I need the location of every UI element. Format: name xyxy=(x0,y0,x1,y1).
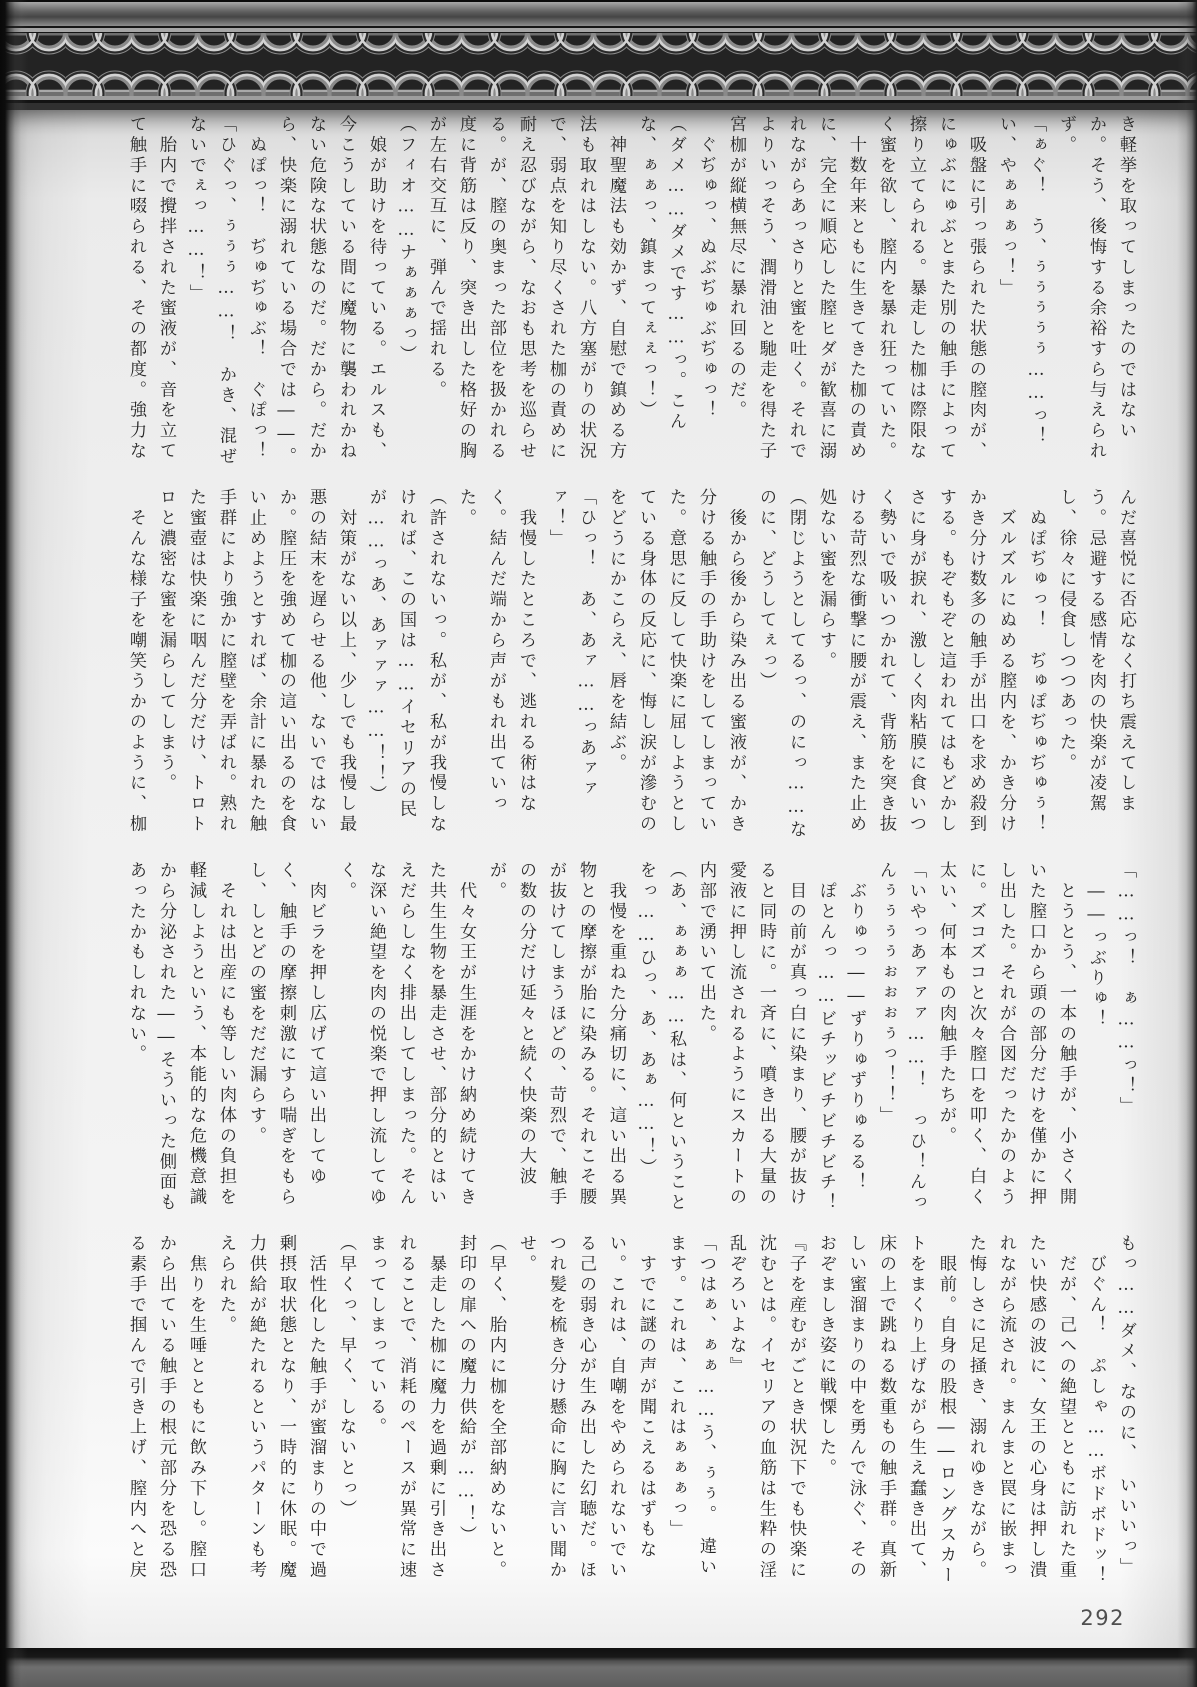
paragraph: 「ひっ！ あ、あァ……っあァァァ！」 xyxy=(541,488,601,842)
paragraph: 十数年来ともに生きてきた枷の責めに、完全に順応した膣ヒダが歓喜に溺れながらあっさ… xyxy=(721,115,871,469)
paragraph: 神聖魔法も効かず、自慰で鎮める方法も取れはしない。八方塞がりの状況で、弱点を知り… xyxy=(421,115,631,469)
paragraph: ――っぶりゅ！ xyxy=(1081,861,1111,1215)
paragraph: 「……っ！ ぁ……っ！」 xyxy=(1111,861,1141,1215)
paragraph: 焦りを生唾とともに飲み下し。膣口から出ている触手の根元部分を恐る恐る素手で掴んで… xyxy=(118,1234,211,1588)
book-bottom-edge xyxy=(0,1648,1197,1687)
paragraph: （早く、胎内に枷を全部納めないと。封印の扉への魔力供給が……！） xyxy=(451,1234,511,1588)
paragraph: （許されないっ。私が、私が我慢しなければ、この国は……イセリアの民が……っあ、あ… xyxy=(361,488,451,842)
paragraph: 我慢したところで、逃れる術はなく。結んだ端から声がもれ出ていった。 xyxy=(451,488,541,842)
paragraph: 胎内で攪拌された蜜液が、音を立てて触手に啜られる、その都度。強力な吸盤に引っ張ら… xyxy=(118,115,181,469)
text-band-4: もっ……ダメ、なのに、 いいいっ」 びぐん！ ぷしゃ……ボドボドッ！ だが、己へ… xyxy=(118,1234,1141,1588)
paragraph: 「いやっあァァァ……！ っひ！んっんぅぅぅぅぉぉぉぅっ！！」 xyxy=(871,861,931,1215)
paragraph: とうとう、一本の触手が、小さく開いた膣口から頭の部分だけを僅かに押し出した。それ… xyxy=(931,861,1081,1215)
paragraph: （閉じようとしてるっ、のにっ……なのに、どうしてぇっ） xyxy=(751,488,811,842)
page-number: 292 xyxy=(1080,1606,1125,1630)
paragraph: そんな様子を嘲笑うかのように、枷は胎動と蠕動をひっきりなしに繰り返し、膣口の開閉… xyxy=(118,488,151,842)
paragraph: 暴走した枷に魔力を過剰に引き出されることで、消耗のペースが異常に速まってしまって… xyxy=(361,1234,451,1588)
book-page: き軽挙を取ってしまったのではないか。そう、後悔する余裕すら与えられず。「ぁぐ！ … xyxy=(0,0,1197,1687)
paper-surface: き軽挙を取ってしまったのではないか。そう、後悔する余裕すら与えられず。「ぁぐ！ … xyxy=(0,110,1197,1648)
paragraph: 娘が助けを待っている。エルスも、今こうしている間に魔物に襲われかねない危険な状態… xyxy=(271,115,391,469)
paragraph: 後から後から染み出る蜜液が、かき分ける触手の手助けをしてしまっていた。意思に反し… xyxy=(601,488,751,842)
text-band-2: んだ喜悦に否応なく打ち震えてしまう。忌避する感情を肉の快楽が凌駕し、徐々に侵食し… xyxy=(118,488,1141,842)
paragraph: ぽとんっ……ビチッビチビチビチ！ xyxy=(811,861,841,1215)
paragraph: だが、己への絶望とともに訪れた重たい快感の波に、女王の心身は押し潰れながら流され… xyxy=(961,1234,1081,1588)
paragraph: ズルズルにぬめる膣内を、かき分けかき分け数多の触手が出口を求め殺到する。もぞもぞ… xyxy=(811,488,1021,842)
paragraph: 「つはぁ、ぁぁ……う、ぅぅ。 違います。これは、これはぁぁぁっ」 xyxy=(661,1234,721,1588)
paragraph: 目の前が真っ白に染まり、腰が抜けると同時に。一斉に、噴き出る大量の愛液に押し流さ… xyxy=(691,861,811,1215)
paragraph: 吸盤に引っ張られた状態の膣肉が、にゅぶにゅぶとまた別の触手によって擦り立てられる… xyxy=(871,115,991,469)
paragraph: すでに謎の声が聞こえるはずもない。これは、自嘲をやめられないでいる己の弱き心が生… xyxy=(511,1234,661,1588)
paragraph: 肉ビラを押し広げて這い出してゆく、触手の摩擦刺激にすら喘ぎをもらし、しとどの蜜を… xyxy=(241,861,331,1215)
paragraph: ぶりゅっ――ずりゅずりゅるる！ xyxy=(841,861,871,1215)
paragraph: ぬぽっ！ ぢゅぢゅぶ！ ぐぽっ！ xyxy=(241,115,271,469)
paragraph: き軽挙を取ってしまったのではないか。そう、後悔する余裕すら与えられず。 xyxy=(1051,115,1141,469)
paragraph: 「ぁぐ！ う、ぅぅぅぅぅ……っ！ い、やぁぁぁっ！」 xyxy=(991,115,1051,469)
paragraph: もっ……ダメ、なのに、 いいいっ」 xyxy=(1111,1234,1141,1588)
paragraph: 「ひぐっ、ぅぅぅ……！ かき、混ぜないでぇっ……！」 xyxy=(181,115,241,469)
paragraph: んだ喜悦に否応なく打ち震えてしまう。忌避する感情を肉の快楽が凌駕し、徐々に侵食し… xyxy=(1051,488,1141,842)
paragraph: （ダメ……ダメです……っ。こんな、ぁぁっ、鎮まってぇぇっ！） xyxy=(631,115,691,469)
text-band-1: き軽挙を取ってしまったのではないか。そう、後悔する余裕すら与えられず。「ぁぐ！ … xyxy=(118,115,1141,469)
paragraph: 『子を産むがごとき状況下でも快楽に沈むとは。イセリアの血筋は生粋の淫乱ぞろいよな… xyxy=(721,1234,811,1588)
celtic-knot-border xyxy=(0,0,1197,110)
paragraph: 活性化した触手が蜜溜まりの中で過剰摂取状態となり、一時的に休眠。魔力供給が絶たれ… xyxy=(211,1234,331,1588)
paragraph: （早くっ、早く、しないとっ） xyxy=(331,1234,361,1588)
paragraph: （あ、ぁぁぁ……私は、何ということをっ……ひっ、あ、あぁ……！） xyxy=(631,861,691,1215)
knot-pattern-icon xyxy=(0,0,1197,110)
paragraph: それは出産にも等しい肉体の負担を軽減しようという、本能的な危機意識から分泌された… xyxy=(121,861,241,1215)
paragraph: 眼前。自身の股根――ロングスカートをまくり上げながら生え蠢き出て、床の上で跳ねる… xyxy=(811,1234,961,1588)
text-block: き軽挙を取ってしまったのではないか。そう、後悔する余裕すら与えられず。「ぁぐ！ … xyxy=(118,115,1141,1607)
paragraph: 我慢を重ねた分痛切に、這い出る異物との摩擦が胎に染みる。それこそ腰が抜けてしまう… xyxy=(481,861,631,1215)
paragraph: ぐぢゅっ、ぬぶぢゅぶぢゅっ！ xyxy=(691,115,721,469)
paragraph: ぬぽぢゅっ！ ぢゅぽぢゅぢゅぅ！ xyxy=(1021,488,1051,842)
paragraph: びぐん！ ぷしゃ……ボドボドッ！ xyxy=(1081,1234,1111,1588)
text-band-3: 「……っ！ ぁ……っ！」 ――っぶりゅ！ とうとう、一本の触手が、小さく開いた膣… xyxy=(118,861,1141,1215)
paragraph: 「は、ぁ、はぁっ……はつぁ……うぅ。 xyxy=(118,861,121,1215)
paragraph: （フィオ……ナぁぁぁっ） xyxy=(391,115,421,469)
paragraph: 対策がない以上、少しでも我慢し最悪の結末を遅らせる他、ないではないか。膣圧を強め… xyxy=(151,488,361,842)
paragraph: 代々女王が生涯をかけ納め続けてきた共生生物を暴走させ、部分的とはいえだらしなく排… xyxy=(331,861,481,1215)
